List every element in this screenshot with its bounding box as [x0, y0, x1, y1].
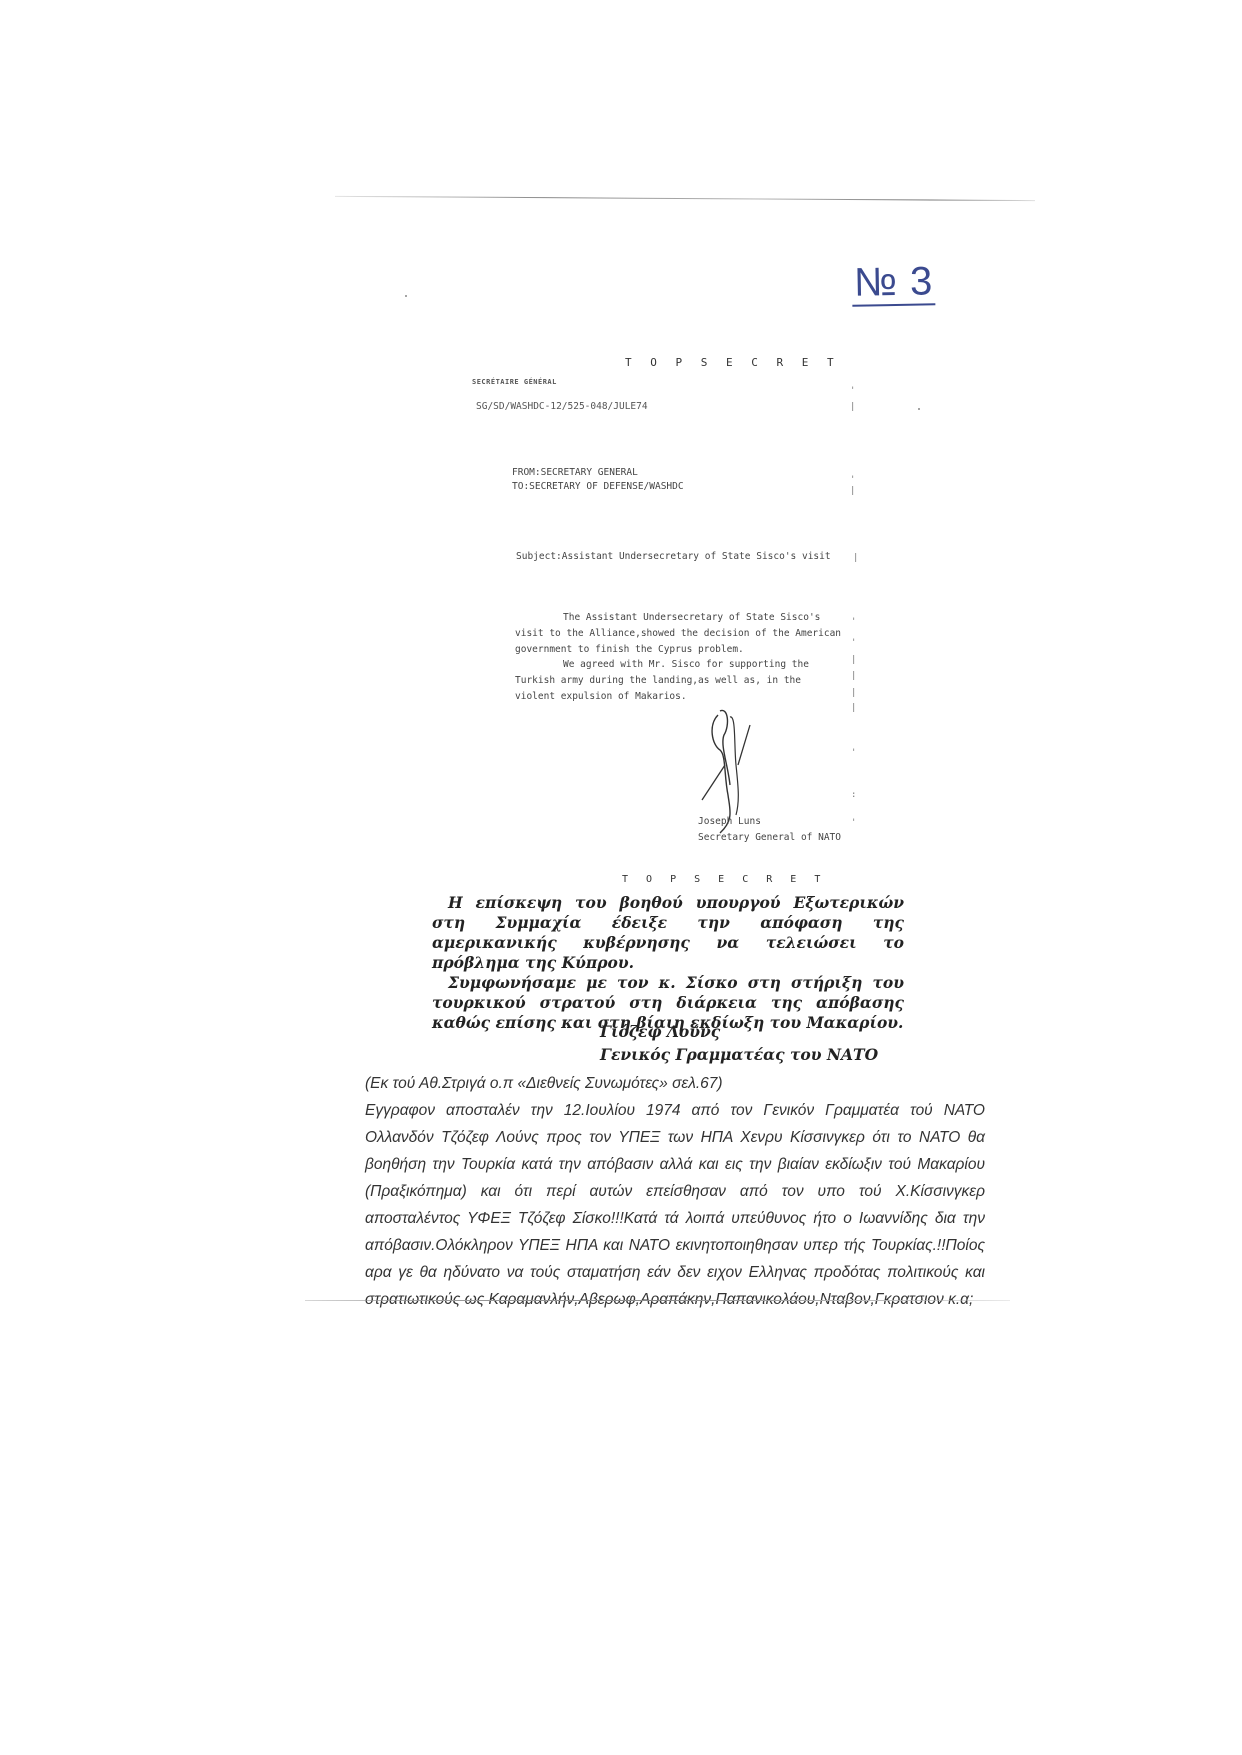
- margin-mark: |: [851, 671, 856, 681]
- margin-mark: ': [851, 748, 856, 758]
- address-block: FROM:SECRETARY GENERAL TO:SECRETARY OF D…: [512, 466, 684, 494]
- top-divider-line: [335, 196, 1035, 201]
- margin-mark: |: [850, 402, 855, 412]
- margin-mark: :: [851, 790, 856, 800]
- margin-mark: |: [850, 486, 855, 496]
- source-citation: (Εκ τού Αθ.Στριγά ο.π «Διεθνείς Συνωμότε…: [365, 1070, 723, 1097]
- margin-mark: |: [851, 703, 856, 713]
- subject-line: Subject:Assistant Undersecretary of Stat…: [516, 551, 831, 562]
- greek-translation: Η επίσκεψη του βοηθού υπουργού Εξωτερικώ…: [432, 893, 904, 1033]
- to-line: TO:SECRETARY OF DEFENSE/WASHDC: [512, 480, 684, 494]
- margin-mark: |: [853, 553, 858, 563]
- margin-mark: ': [850, 386, 855, 396]
- signer-title: Secretary General of NATO: [698, 832, 841, 843]
- margin-mark: |: [851, 688, 856, 698]
- reference-number: SG/SD/WASHDC-12/525-048/JULE74: [476, 401, 648, 412]
- margin-mark: ': [851, 818, 856, 828]
- telex-body: The Assistant Undersecretary of State Si…: [515, 610, 845, 705]
- greek-paragraph: Η επίσκεψη του βοηθού υπουργού Εξωτερικώ…: [432, 893, 904, 973]
- telex-paragraph: We agreed with Mr. Sisco for supporting …: [515, 657, 845, 704]
- greek-signer-name: Γιόζεφ Λούνς: [600, 1022, 720, 1042]
- classification-header: T O P S E C R E T: [625, 356, 840, 369]
- margin-mark: ': [850, 475, 855, 485]
- margin-mark: ': [851, 638, 856, 648]
- signer-name: Joseph Luns: [698, 816, 761, 827]
- from-line: FROM:SECRETARY GENERAL: [512, 466, 684, 480]
- margin-mark: |: [851, 655, 856, 665]
- margin-mark: ': [851, 617, 856, 627]
- handwritten-document-number: № 3: [852, 261, 936, 306]
- issuer-label: SECRÉTAIRE GÉNÉRAL: [472, 378, 557, 386]
- commentary-paragraph: Εγγραφον αποσταλέν την 12.Ιουλίου 1974 α…: [365, 1097, 985, 1313]
- telex-paragraph: The Assistant Undersecretary of State Si…: [515, 610, 845, 657]
- scan-speck: [918, 408, 920, 410]
- bottom-divider-line: [305, 1300, 1010, 1301]
- scan-speck: [405, 295, 407, 297]
- classification-footer: T O P S E C R E T: [622, 874, 826, 885]
- greek-signer-title: Γενικός Γραμματέας του ΝΑΤΟ: [600, 1045, 878, 1065]
